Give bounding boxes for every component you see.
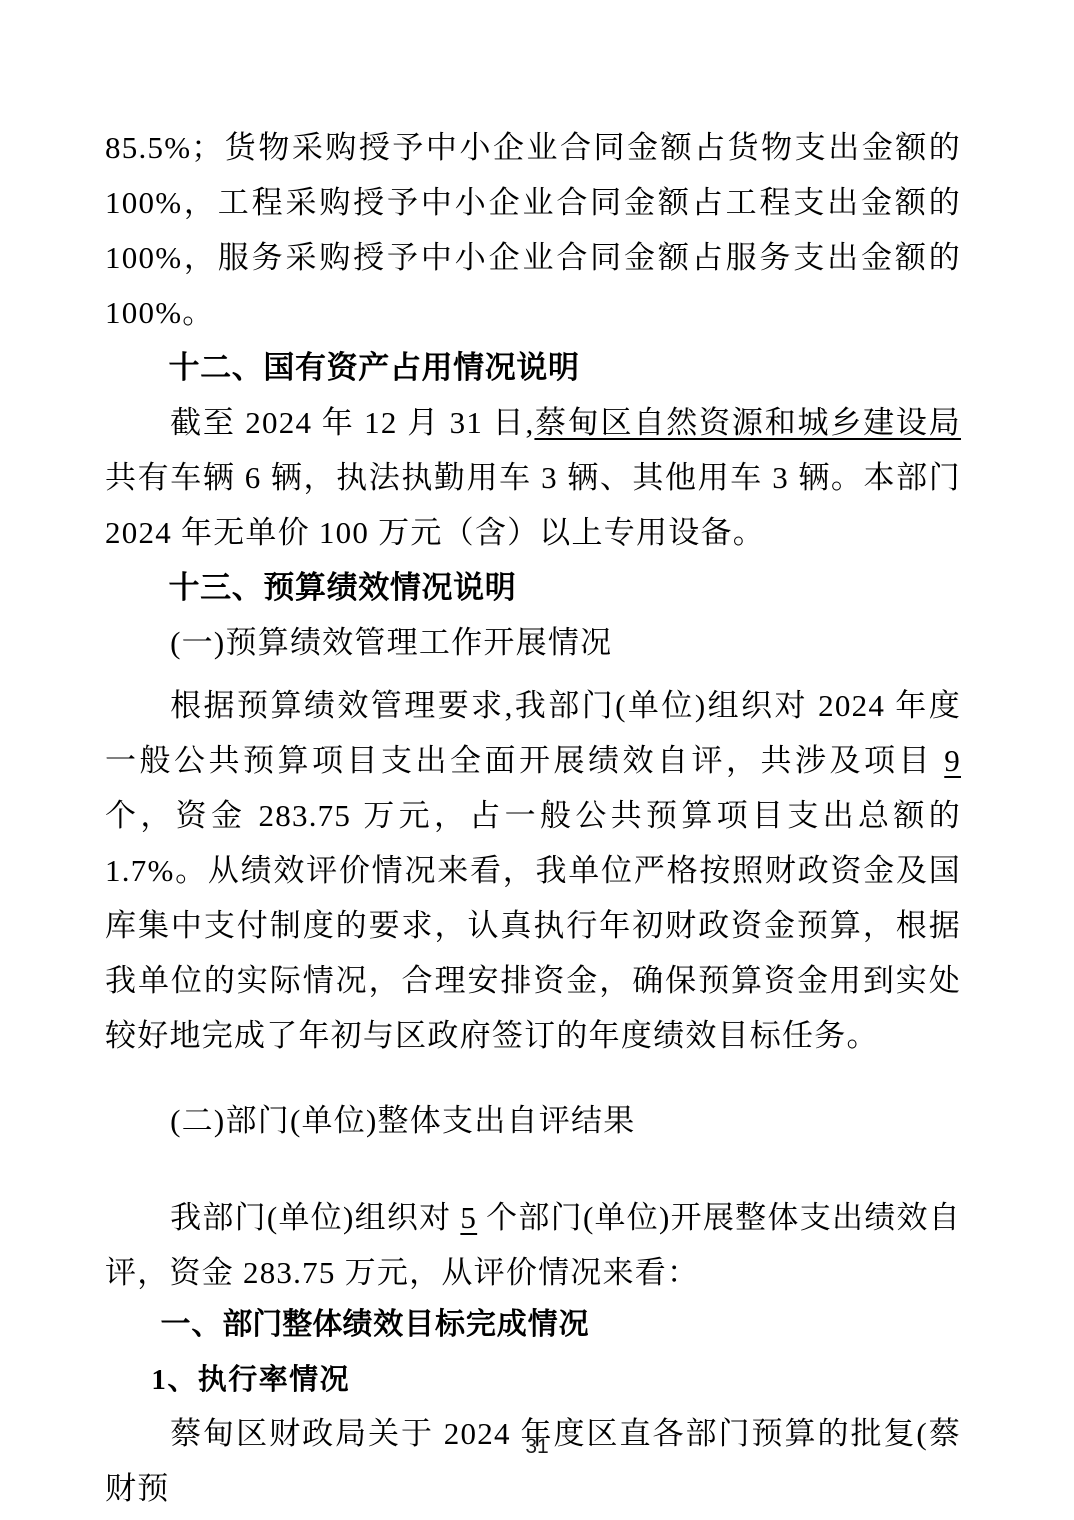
overall-performance-heading: 一、部门整体绩效目标完成情况 (105, 1297, 961, 1352)
subsection-1-heading: (一)预算绩效管理工作开展情况 (105, 615, 961, 670)
subsection-2-heading: (二)部门(单位)整体支出自评结果 (105, 1093, 961, 1148)
overall-heading-number: 一、 (161, 1308, 223, 1341)
underlined-department-count: 5 (460, 1200, 477, 1235)
overall-heading-bold-black: 部门整体 (222, 1308, 342, 1341)
carryover-paragraph: 85.5%；货物采购授予中小企业合同金额占货物支出金额的100%，工程采购授予中… (105, 120, 961, 340)
underlined-entity-name: 蔡甸区自然资源和城乡建设局 (534, 405, 961, 440)
subsection-1-paragraph-before: 根据预算绩效管理要求,我部门(单位)组织对 2024 年度一般公共预算项目支出全… (105, 688, 961, 778)
subsection-1-paragraph: 根据预算绩效管理要求,我部门(单位)组织对 2024 年度一般公共预算项目支出全… (105, 678, 961, 1063)
subsection-1-paragraph-after: 个，资金 283.75 万元，占一般公共预算项目支出总额的 1.7%。从绩效评价… (105, 798, 961, 1053)
last-paragraph: 蔡甸区财政局关于 2024 年度区直各部门预算的批复(蔡财预 (105, 1406, 961, 1516)
overall-heading-rest: 绩效目标完成情况 (342, 1308, 589, 1341)
section-12-heading: 十二、国有资产占用情况说明 (105, 340, 961, 395)
document-page: 85.5%；货物采购授予中小企业合同金额占货物支出金额的100%，工程采购授予中… (0, 0, 1074, 1520)
execution-rate-heading: 1、执行率情况 (105, 1353, 961, 1408)
section-12-paragraph: 截至 2024 年 12 月 31 日,蔡甸区自然资源和城乡建设局共有车辆 6 … (105, 395, 961, 560)
section-13-heading: 十三、预算绩效情况说明 (105, 560, 961, 615)
page-number: 31 (0, 1433, 1074, 1461)
subsection-2-paragraph: 我部门(单位)组织对 5 个部门(单位)开展整体支出绩效自评，资金 283.75… (105, 1190, 961, 1300)
document-body: 85.5%；货物采购授予中小企业合同金额占货物支出金额的100%，工程采购授予中… (105, 120, 961, 1516)
subsection-2-paragraph-before: 我部门(单位)组织对 (170, 1200, 460, 1235)
section-12-paragraph-rest: 共有车辆 6 辆，执法执勤用车 3 辆、其他用车 3 辆。本部门 2024 年无… (105, 460, 961, 550)
section-12-paragraph-lead: 截至 2024 年 12 月 31 日, (170, 405, 534, 440)
underlined-project-count: 9 (944, 743, 961, 778)
